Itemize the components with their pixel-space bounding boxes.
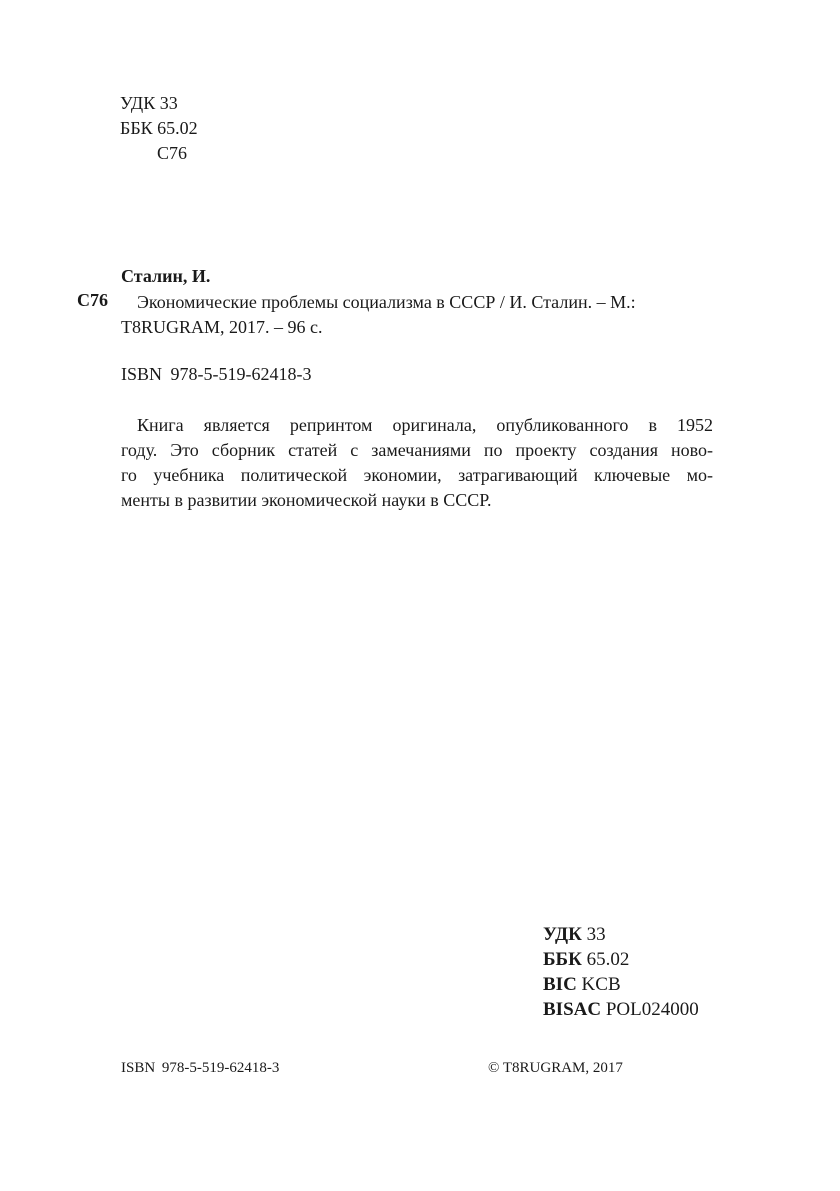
author-mark-top: С76 <box>157 141 187 166</box>
copyright-notice: © T8RUGRAM, 2017 <box>488 1060 623 1077</box>
classification-block: УДК 33 ББК 65.02 BIC KCB BISAC POL024000 <box>543 922 699 1022</box>
bibliographic-description-line-1: Экономические проблемы социализма в СССР… <box>137 290 636 315</box>
isbn-main: ISBN 978-5-519-62418-3 <box>121 362 312 387</box>
annotation-line: Книга является репринтом оригинала, опуб… <box>121 413 713 438</box>
annotation-line: году. Это сборник статей с замечаниями п… <box>121 438 713 463</box>
classification-row-udk: УДК 33 <box>543 922 699 947</box>
annotation-line: менты в развитии экономической науки в С… <box>121 488 713 513</box>
classification-value: 65.02 <box>587 949 630 970</box>
classification-label: ББК <box>543 949 582 970</box>
annotation-paragraph: Книга является репринтом оригинала, опуб… <box>121 413 713 513</box>
classification-value: POL024000 <box>606 999 699 1020</box>
bbk-code-top: ББК 65.02 <box>120 116 198 141</box>
udk-code-top: УДК 33 <box>120 91 178 116</box>
classification-row-bisac: BISAC POL024000 <box>543 997 699 1022</box>
author-heading: Сталин, И. <box>121 264 210 289</box>
classification-label: УДК <box>543 924 582 945</box>
classification-row-bbk: ББК 65.02 <box>543 947 699 972</box>
annotation-line: го учебника политической экономии, затра… <box>121 463 713 488</box>
bibliographic-description-line-2: T8RUGRAM, 2017. – 96 с. <box>121 315 323 340</box>
classification-label: BISAC <box>543 999 601 1020</box>
classification-label: BIC <box>543 974 577 995</box>
classification-value: 33 <box>587 924 606 945</box>
author-mark-side: С76 <box>77 288 108 313</box>
classification-row-bic: BIC KCB <box>543 972 699 997</box>
classification-value: KCB <box>582 974 621 995</box>
isbn-footer: ISBN 978-5-519-62418-3 <box>121 1060 279 1077</box>
